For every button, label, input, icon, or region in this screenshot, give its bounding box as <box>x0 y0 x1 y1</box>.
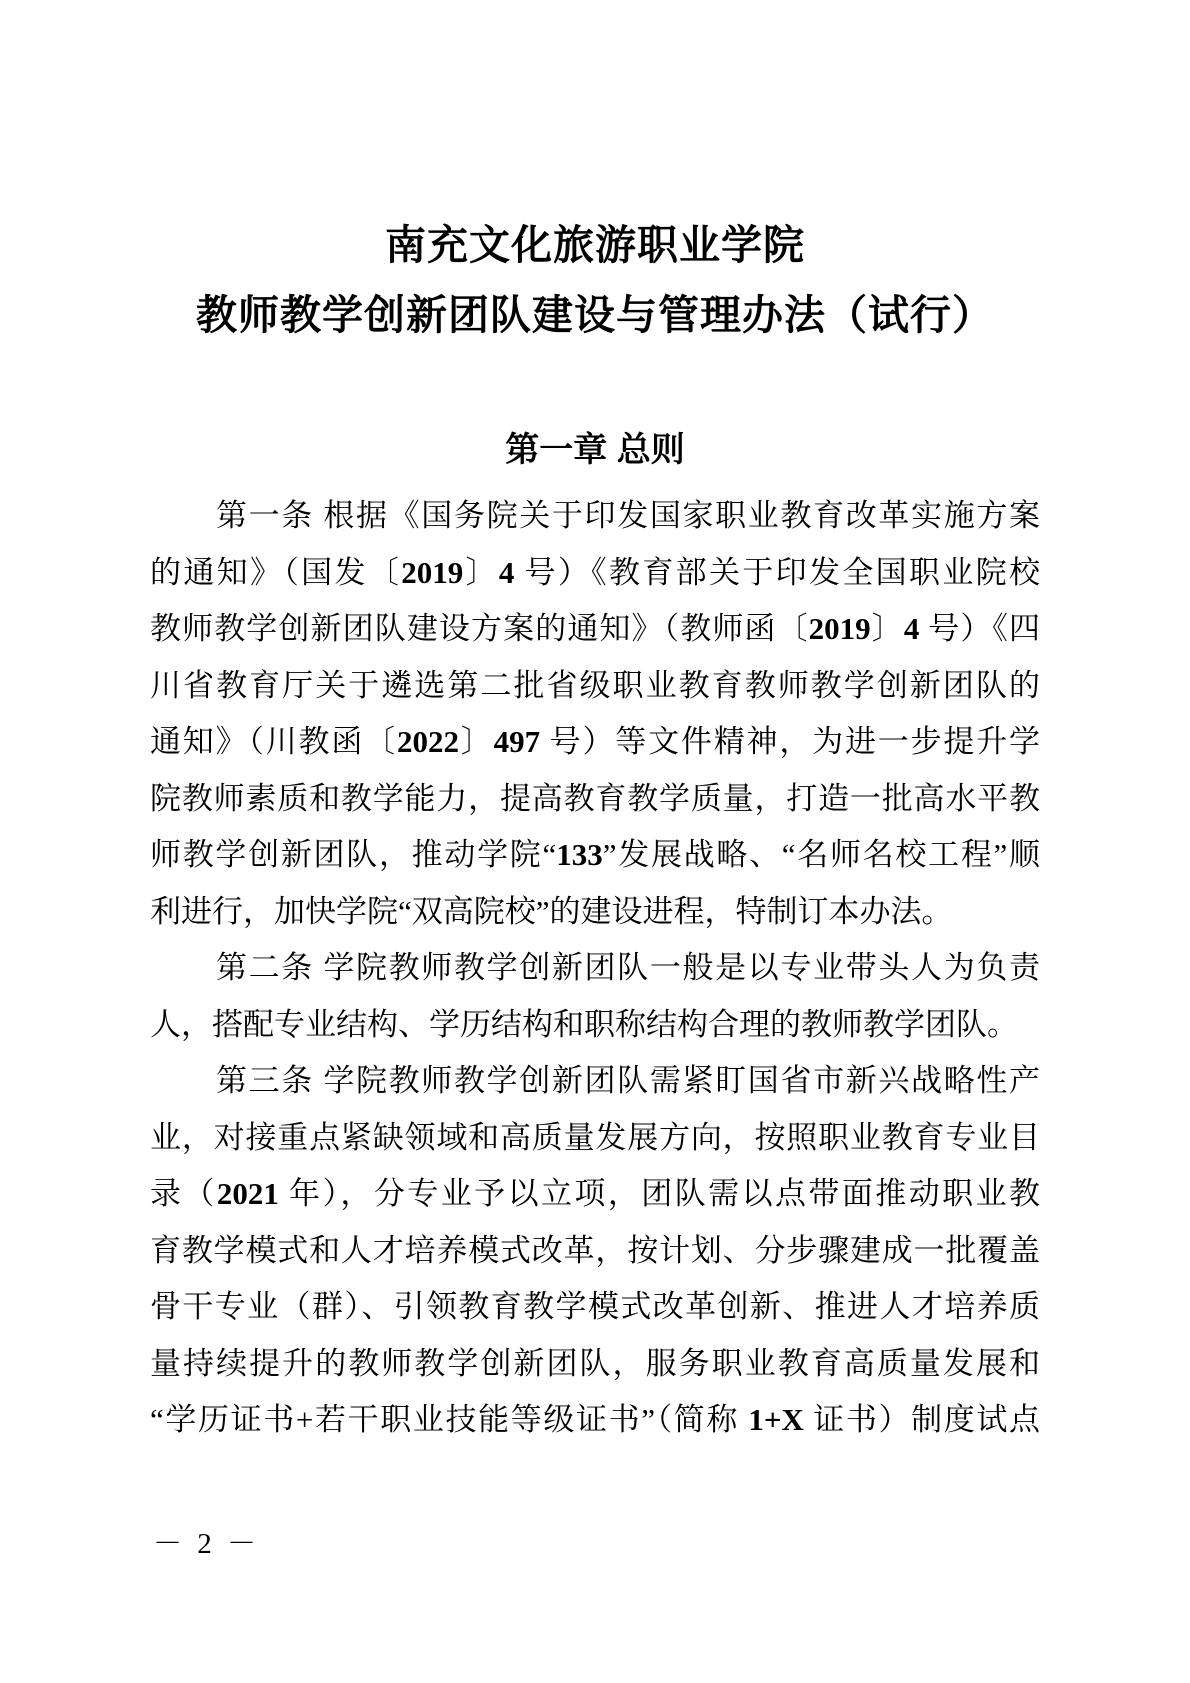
chapter-heading: 第一章 总则 <box>150 424 1040 476</box>
document-title-line-1: 南充文化旅游职业学院 <box>150 210 1040 280</box>
body-line: 业，对接重点紧缺领域和高质量发展方向，按照职业教育专业目 <box>150 1110 1040 1167</box>
body-line: 院教师素质和教学能力，提高教育教学质量，打造一批高水平教 <box>150 771 1040 828</box>
body-line: “学历证书+若干职业技能等级证书”（简称 1+X 证书）制度试点 <box>150 1392 1040 1449</box>
document-page: 南充文化旅游职业学院 教师教学创新团队建设与管理办法（试行） 第一章 总则 第一… <box>0 0 1190 1683</box>
body-line: 第一条 根据《国务院关于印发国家职业教育改革实施方案 <box>150 488 1040 545</box>
body-line: 量持续提升的教师教学创新团队，服务职业教育高质量发展和 <box>150 1336 1040 1393</box>
page-footer: － 2 － <box>153 1522 260 1566</box>
document-title-line-2: 教师教学创新团队建设与管理办法（试行） <box>150 280 1040 350</box>
document-body: 第一条 根据《国务院关于印发国家职业教育改革实施方案 的通知》（国发〔2019〕… <box>150 488 1040 1449</box>
body-line: 骨干专业（群）、引领教育教学模式改革创新、推进人才培养质 <box>150 1279 1040 1336</box>
body-line: 利进行，加快学院“双高院校”的建设进程，特制订本办法。 <box>150 884 1040 941</box>
body-line: 通知》（川教函〔2022〕497 号）等文件精神，为进一步提升学 <box>150 714 1040 771</box>
body-line: 第二条 学院教师教学创新团队一般是以专业带头人为负责 <box>150 940 1040 997</box>
body-line: 师教学创新团队，推动学院“133”发展战略、“名师名校工程”顺 <box>150 827 1040 884</box>
body-line: 教师教学创新团队建设方案的通知》（教师函〔2019〕4 号）《四 <box>150 601 1040 658</box>
body-line: 人，搭配专业结构、学历结构和职称结构合理的教师教学团队。 <box>150 997 1040 1054</box>
body-line: 川省教育厅关于遴选第二批省级职业教育教师教学创新团队的 <box>150 658 1040 715</box>
page-number: － 2 － <box>153 1528 260 1560</box>
body-line: 育教学模式和人才培养模式改革，按计划、分步骤建成一批覆盖 <box>150 1223 1040 1280</box>
body-line: 第三条 学院教师教学创新团队需紧盯国省市新兴战略性产 <box>150 1053 1040 1110</box>
body-line: 录（2021 年），分专业予以立项，团队需以点带面推动职业教 <box>150 1166 1040 1223</box>
body-line: 的通知》（国发〔2019〕4 号）《教育部关于印发全国职业院校 <box>150 545 1040 602</box>
document-title: 南充文化旅游职业学院 教师教学创新团队建设与管理办法（试行） <box>150 210 1040 350</box>
